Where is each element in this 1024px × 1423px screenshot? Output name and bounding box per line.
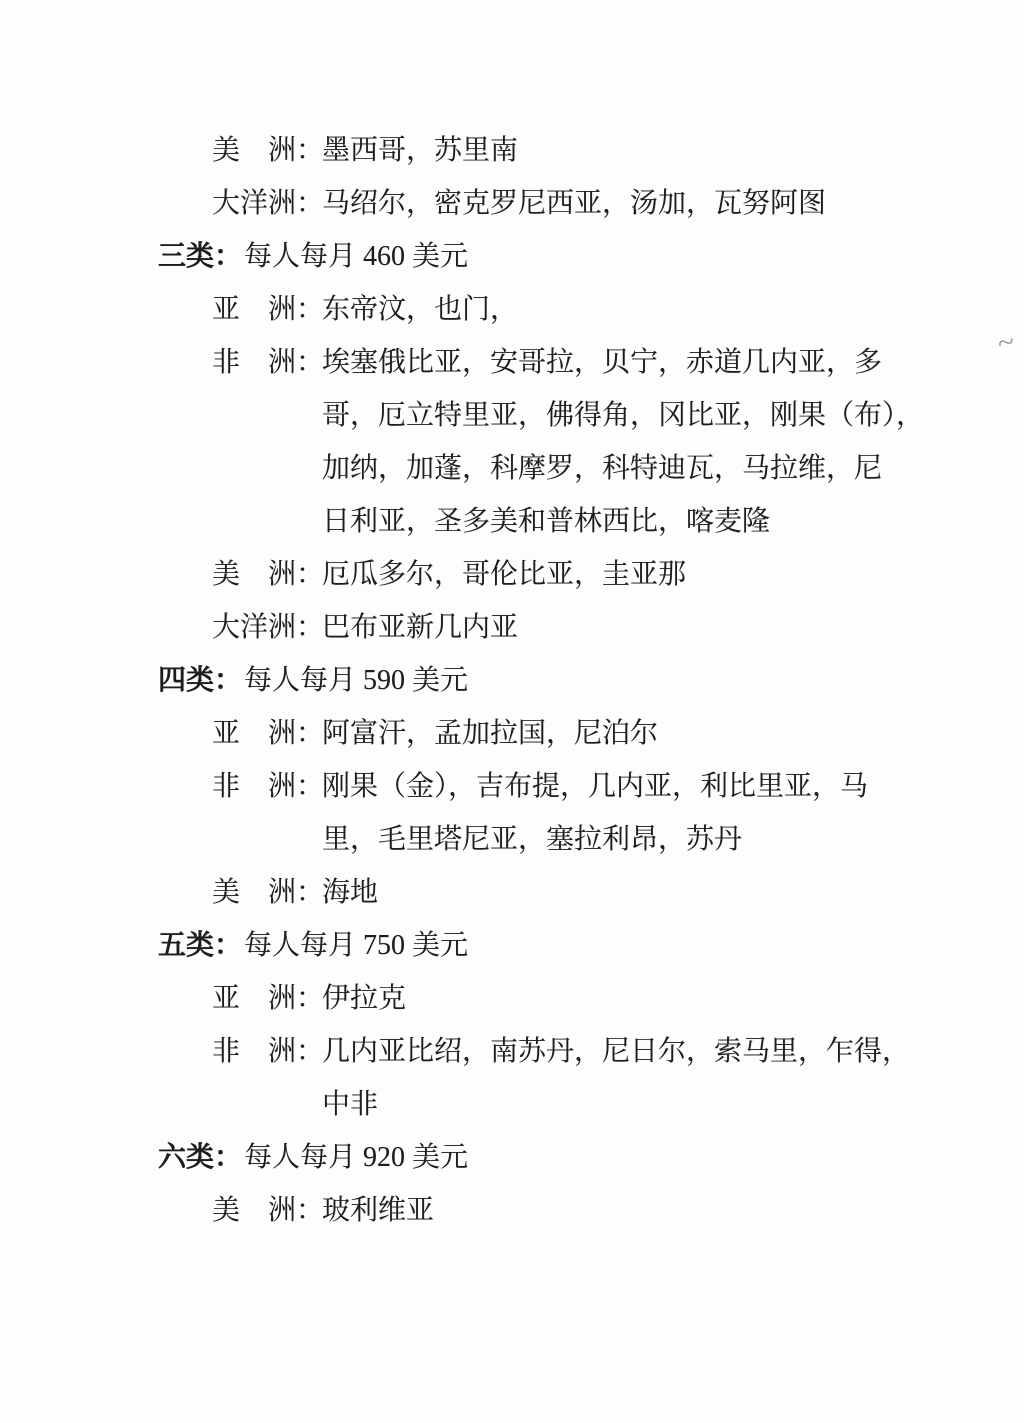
country-list-text: 阿富汗，孟加拉国，尼泊尔	[322, 707, 658, 760]
category-rate-text: 每人每月 460 美元	[244, 230, 468, 283]
category-line: 四类：每人每月 590 美元	[0, 654, 1024, 707]
region-line: 亚 洲：东帝汶，也门，	[0, 283, 1024, 336]
country-list-continuation-text: 里，毛里塔尼亚，塞拉利昂，苏丹	[322, 813, 742, 866]
country-list-text: 海地	[322, 866, 378, 919]
region-colon: ：	[296, 707, 322, 760]
category-line: 五类：每人每月 750 美元	[0, 919, 1024, 972]
country-list-text: 刚果（金），吉布提，几内亚，利比里亚，马	[322, 760, 868, 813]
category-line: 三类：每人每月 460 美元	[0, 230, 1024, 283]
country-list-text: 玻利维亚	[322, 1184, 434, 1237]
region-line: 非 洲：埃塞俄比亚，安哥拉，贝宁，赤道几内亚，多	[0, 336, 1024, 389]
region-label: 亚 洲	[212, 707, 296, 760]
region-label: 亚 洲	[212, 283, 296, 336]
country-list-text: 埃塞俄比亚，安哥拉，贝宁，赤道几内亚，多	[322, 336, 882, 389]
region-label: 美 洲	[212, 866, 296, 919]
region-colon: ：	[296, 601, 322, 654]
country-list-text: 几内亚比绍，南苏丹，尼日尔，索马里，乍得，	[322, 1025, 910, 1078]
category-colon: ：	[214, 1131, 236, 1184]
region-label: 美 洲	[212, 1184, 296, 1237]
region-colon: ：	[296, 124, 322, 177]
region-line: 非 洲：几内亚比绍，南苏丹，尼日尔，索马里，乍得，	[0, 1025, 1024, 1078]
category-rate-text: 每人每月 590 美元	[244, 654, 468, 707]
country-list-text: 巴布亚新几内亚	[322, 601, 518, 654]
country-list-text: 马绍尔，密克罗尼西亚，汤加，瓦努阿图	[322, 177, 826, 230]
region-label: 美 洲	[212, 124, 296, 177]
region-colon: ：	[296, 548, 322, 601]
region-colon: ：	[296, 177, 322, 230]
region-line: 美 洲：墨西哥，苏里南	[0, 124, 1024, 177]
document-text-block: 美 洲：墨西哥，苏里南大洋洲：马绍尔，密克罗尼西亚，汤加，瓦努阿图三类：每人每月…	[0, 124, 1024, 1237]
region-colon: ：	[296, 972, 322, 1025]
region-colon: ：	[296, 283, 322, 336]
continuation-line: 哥，厄立特里亚，佛得角，冈比亚，刚果（布），	[0, 389, 1024, 442]
region-line: 美 洲：厄瓜多尔，哥伦比亚，圭亚那	[0, 548, 1024, 601]
category-line: 六类：每人每月 920 美元	[0, 1131, 1024, 1184]
country-list-text: 伊拉克	[322, 972, 406, 1025]
country-list-continuation-text: 日利亚，圣多美和普林西比，喀麦隆	[322, 495, 770, 548]
region-label: 大洋洲	[212, 601, 296, 654]
region-colon: ：	[296, 1184, 322, 1237]
country-list-continuation-text: 哥，厄立特里亚，佛得角，冈比亚，刚果（布），	[322, 389, 924, 442]
country-list-text: 墨西哥，苏里南	[322, 124, 518, 177]
region-line: 美 洲：玻利维亚	[0, 1184, 1024, 1237]
category-colon: ：	[214, 230, 236, 283]
region-label: 美 洲	[212, 548, 296, 601]
region-label: 非 洲	[212, 336, 296, 389]
region-line: 美 洲：海地	[0, 866, 1024, 919]
country-list-text: 东帝汶，也门，	[322, 283, 518, 336]
category-label: 五类	[158, 930, 214, 961]
region-line: 亚 洲：阿富汗，孟加拉国，尼泊尔	[0, 707, 1024, 760]
region-line: 亚 洲：伊拉克	[0, 972, 1024, 1025]
region-label: 大洋洲	[212, 177, 296, 230]
country-list-continuation-text: 加纳，加蓬，科摩罗，科特迪瓦，马拉维，尼	[322, 442, 882, 495]
category-label: 六类	[158, 1142, 214, 1173]
category-rate-text: 每人每月 750 美元	[244, 919, 468, 972]
category-rate-text: 每人每月 920 美元	[244, 1131, 468, 1184]
continuation-line: 里，毛里塔尼亚，塞拉利昂，苏丹	[0, 813, 1024, 866]
region-label: 亚 洲	[212, 972, 296, 1025]
continuation-line: 日利亚，圣多美和普林西比，喀麦隆	[0, 495, 1024, 548]
country-list-text: 厄瓜多尔，哥伦比亚，圭亚那	[322, 548, 686, 601]
region-colon: ：	[296, 866, 322, 919]
region-colon: ：	[296, 760, 322, 813]
category-colon: ：	[214, 654, 236, 707]
category-label: 四类	[158, 665, 214, 696]
category-colon: ：	[214, 919, 236, 972]
continuation-line: 中非	[0, 1078, 1024, 1131]
region-colon: ：	[296, 1025, 322, 1078]
region-label: 非 洲	[212, 760, 296, 813]
category-label: 三类	[158, 241, 214, 272]
continuation-line: 加纳，加蓬，科摩罗，科特迪瓦，马拉维，尼	[0, 442, 1024, 495]
region-line: 非 洲：刚果（金），吉布提，几内亚，利比里亚，马	[0, 760, 1024, 813]
region-colon: ：	[296, 336, 322, 389]
region-label: 非 洲	[212, 1025, 296, 1078]
country-list-continuation-text: 中非	[322, 1078, 378, 1131]
region-line: 大洋洲：马绍尔，密克罗尼西亚，汤加，瓦努阿图	[0, 177, 1024, 230]
scanned-document-page: 美 洲：墨西哥，苏里南大洋洲：马绍尔，密克罗尼西亚，汤加，瓦努阿图三类：每人每月…	[0, 0, 1024, 1423]
region-line: 大洋洲：巴布亚新几内亚	[0, 601, 1024, 654]
